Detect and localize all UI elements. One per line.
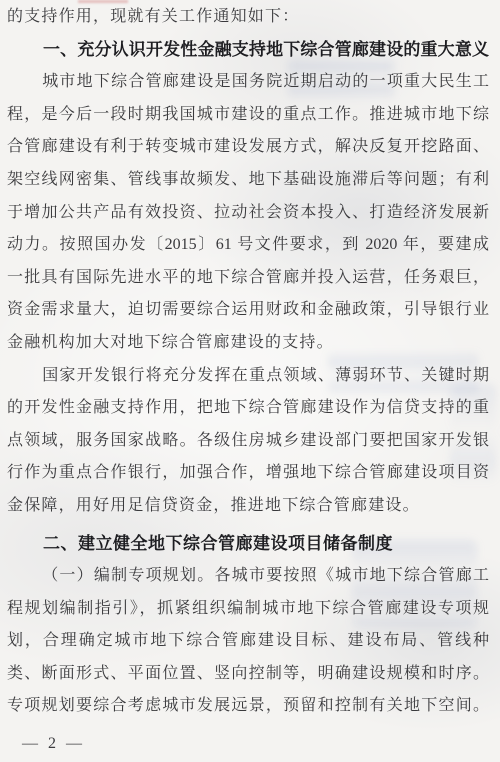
body-line: 一批具有国际先进水平的地下综合管廊并投入运营，任务艰巨， xyxy=(7,262,489,295)
body-line: 资金需求量大，迫切需要综合运用财政和金融政策，引导银行业 xyxy=(7,294,489,327)
body-line: 城市地下综合管廊建设是国务院近期启动的一项重大民生工 xyxy=(7,66,489,99)
body-line: 架空线网密集、管线事故频发、地下基础设施滞后等问题；有利 xyxy=(7,164,489,197)
section-2-heading: 二、建立健全地下综合管廊建设项目储备制度 xyxy=(7,528,489,561)
body-line: 国家开发银行将充分发挥在重点领域、薄弱环节、关键时期 xyxy=(7,360,489,393)
body-line: 行作为重点合作银行，加强合作，增强地下综合管廊建设项目资 xyxy=(7,457,489,490)
body-line: 划，合理确定城市地下综合管廊建设目标、建设布局、管线种 xyxy=(7,625,489,658)
intro-line: 的支持作用，现就有关工作通知如下： xyxy=(7,1,489,34)
body-line: 金保障，用好用足信贷资金，推进地下综合管廊建设。 xyxy=(7,490,489,523)
body-line: 于增加公共产品有效投资、拉动社会资本投入、打造经济发展新 xyxy=(7,197,489,230)
body-line: 金融机构加大对地下综合管廊建设的支持。 xyxy=(7,327,489,360)
section-1-heading: 一、充分认识开发性金融支持地下综合管廊建设的重大意义 xyxy=(7,34,489,67)
body-line: 专项规划要综合考虑城市发展远景，预留和控制有关地下空间。 xyxy=(7,690,489,723)
body-line: 点领域，服务国家战略。各级住房城乡建设部门要把国家开发银 xyxy=(7,425,489,458)
body-line: 程，是今后一段时期我国城市建设的重点工作。推进城市地下综 xyxy=(7,99,489,132)
body-line: 程规划编制指引》，抓紧组织编制城市地下综合管廊建设专项规 xyxy=(7,593,489,626)
body-line: 合管廊建设有利于转变城市建设发展方式，解决反复开挖路面、 xyxy=(7,131,489,164)
document-page: 的支持作用，现就有关工作通知如下： 一、充分认识开发性金融支持地下综合管廊建设的… xyxy=(0,0,500,762)
body-line: 的开发性金融支持作用，把地下综合管廊建设作为信贷支持的重 xyxy=(7,392,489,425)
page-number: — 2 — xyxy=(22,735,85,753)
document-content: 的支持作用，现就有关工作通知如下： 一、充分认识开发性金融支持地下综合管廊建设的… xyxy=(7,1,489,723)
body-line: （一）编制专项规划。各城市要按照《城市地下综合管廊工 xyxy=(7,560,489,593)
body-line: 类、断面形式、平面位置、竖向控制等，明确建设规模和时序。 xyxy=(7,658,489,691)
body-line: 动力。按照国办发〔2015〕61 号文件要求，到 2020 年，要建成 xyxy=(7,229,489,262)
